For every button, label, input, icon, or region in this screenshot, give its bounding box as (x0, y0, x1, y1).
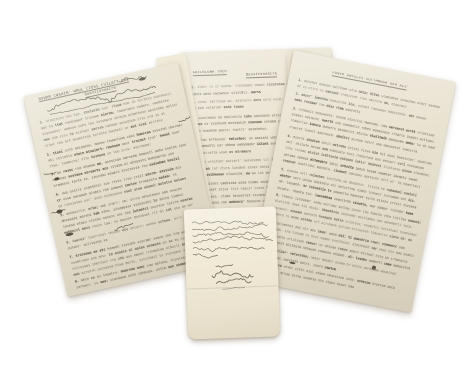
handwritten-note (184, 206, 280, 339)
photo-canvas: AOELRCOWH TMEH ERWU Questionnaire 1. vlm… (0, 0, 468, 382)
typed-text-body: 1. aonchwt ouauvw vwlttaee utlw nncw; hl… (260, 78, 443, 304)
page-heading: AOELRCOWH TMEH ERWU (193, 70, 227, 76)
questionnaire-label: Questionnaire (246, 72, 277, 78)
note-fold-crease (187, 285, 279, 290)
ink-blot (138, 77, 145, 81)
note-handwriting (184, 206, 280, 339)
